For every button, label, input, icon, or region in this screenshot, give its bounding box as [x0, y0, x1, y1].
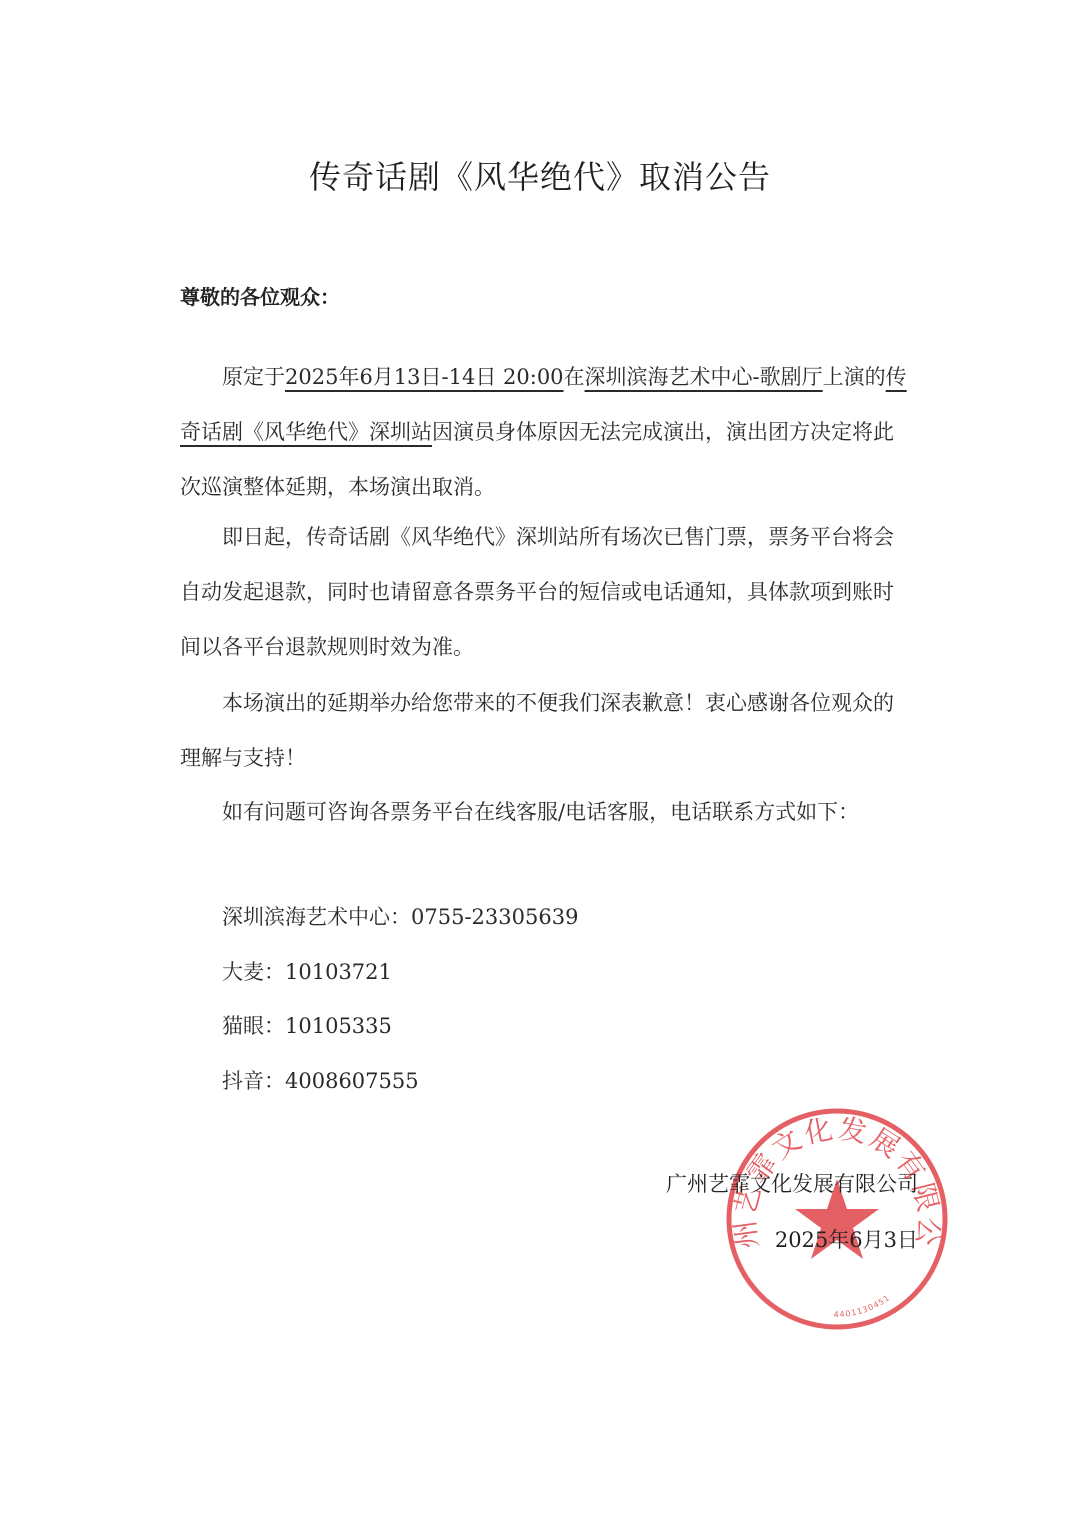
paragraph-cancellation: 原定于2025年6月13日-14日 20:00在深圳滨海艺术中心-歌剧厅上演的传… [180, 350, 910, 515]
contact-label: 抖音： [222, 1069, 285, 1093]
paragraph-apology: 本场演出的延期举办给您带来的不便我们深表歉意！衷心感谢各位观众的理解与支持！ [180, 676, 910, 786]
event-datetime: 2025年6月13日-14日 20:00 [285, 365, 564, 389]
event-venue: 深圳滨海艺术中心-歌剧厅 [585, 365, 823, 389]
contact-phone: 10105335 [285, 1014, 392, 1038]
contact-label: 大麦： [222, 960, 285, 984]
contact-phone: 10103721 [285, 960, 392, 984]
text-performed: 上演的 [823, 365, 886, 389]
signature-company: 广州艺霏文化发展有限公司 [666, 1168, 918, 1198]
signature-date: 2025年6月3日 [775, 1224, 918, 1254]
contact-label: 猫眼： [222, 1014, 285, 1038]
contact-item: 猫眼：10105335 [222, 999, 578, 1054]
contact-item: 深圳滨海艺术中心：0755-23305639 [222, 890, 578, 945]
paragraph-refund: 即日起，传奇话剧《风华绝代》深圳站所有场次已售门票，票务平台将会自动发起退款，同… [180, 510, 910, 675]
salutation: 尊敬的各位观众： [180, 281, 340, 310]
contact-intro-text: 如有问题可咨询各票务平台在线客服/电话客服，电话联系方式如下： [222, 800, 859, 824]
apology-text: 本场演出的延期举办给您带来的不便我们深表歉意！衷心感谢各位观众的理解与支持！ [180, 691, 894, 770]
contact-phone: 4008607555 [285, 1069, 419, 1093]
refund-text: 即日起，传奇话剧《风华绝代》深圳站所有场次已售门票，票务平台将会自动发起退款，同… [180, 525, 894, 659]
text-in: 在 [564, 365, 585, 389]
company-seal-icon: 广州艺霏文化发展有限公司 4401130451 [722, 1104, 952, 1334]
text-prefix: 原定于 [222, 365, 285, 389]
contact-item: 大麦：10103721 [222, 945, 578, 1000]
contact-phone: 0755-23305639 [411, 905, 578, 929]
contact-label: 深圳滨海艺术中心： [222, 905, 411, 929]
paragraph-contact-intro: 如有问题可咨询各票务平台在线客服/电话客服，电话联系方式如下： [180, 785, 910, 840]
document-title: 传奇话剧《风华绝代》取消公告 [0, 152, 1080, 198]
contact-list: 深圳滨海艺术中心：0755-23305639 大麦：10103721 猫眼：10… [222, 890, 578, 1108]
contact-item: 抖音：4008607555 [222, 1054, 578, 1109]
